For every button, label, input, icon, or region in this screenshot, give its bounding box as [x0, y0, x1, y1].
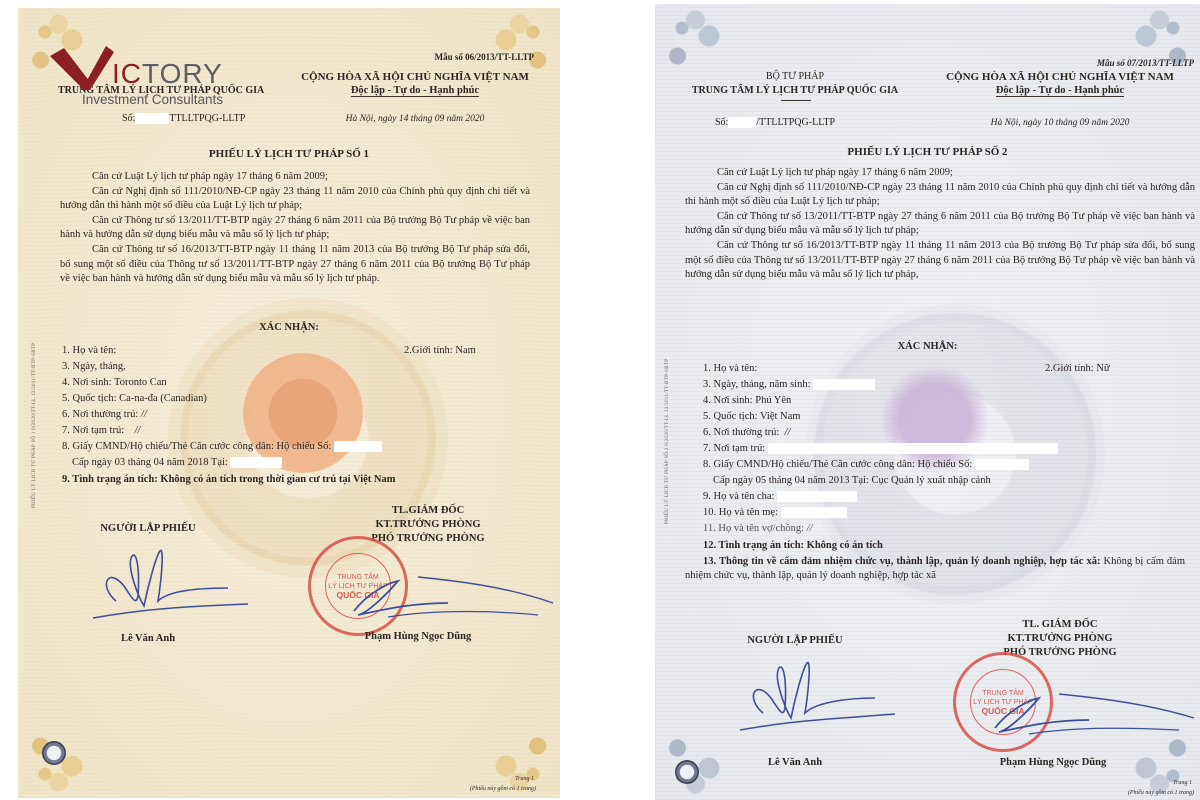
redacted-field [777, 491, 857, 502]
director-signature-icon [989, 690, 1199, 740]
field-birth-date: 3. Ngày, tháng, năm sinh: [703, 378, 875, 392]
motto: Độc lập - Tự do - Hạnh phúc [270, 84, 560, 98]
redacted-field [728, 117, 756, 128]
divider [781, 100, 811, 101]
ornament-corner [655, 720, 745, 800]
place-date: Hà Nội, ngày 14 tháng 09 năm 2020 [270, 112, 560, 126]
field-permanent-residence: 6. Nơi thường trú: // [703, 426, 790, 440]
ministry-name: BỘ TƯ PHÁP [675, 70, 915, 84]
signer-title-2: KT.TRƯỞNG PHÒNG [985, 632, 1135, 646]
field-id-issued: Cấp ngày 03 tháng 04 năm 2018 Tại: [72, 456, 282, 470]
redacted-field [975, 459, 1029, 470]
confirm-heading: XÁC NHẬN: [655, 340, 1200, 354]
page-count-note: (Phiếu này gồm có 1 trang) [1128, 786, 1194, 800]
form-code: Mẫu số 07/2013/TT-LLTP [1097, 56, 1194, 70]
preparer-title: NGƯỜI LẬP PHIẾU [88, 522, 208, 536]
field-criminal-status: 9. Tình trạng án tích: Không có án tích … [62, 473, 395, 487]
hologram-stamp-icon [675, 760, 699, 784]
field-spouse-name: 11. Họ và tên vợ/chồng: // [703, 522, 813, 536]
preparer-title: NGƯỜI LẬP PHIẾU [735, 634, 855, 648]
confirm-heading: XÁC NHẬN: [18, 321, 560, 335]
redacted-field [135, 113, 169, 124]
redacted-field [768, 443, 1058, 454]
field-criminal-status: 12. Tình trạng án tích: Không có án tích [703, 539, 883, 553]
emblem-star-icon [243, 353, 363, 473]
field-business-ban: 13. Thông tin về cấm đảm nhiệm chức vụ, … [685, 555, 1185, 583]
field-birth-date: 3. Ngày, tháng, [62, 360, 126, 374]
field-birthplace: 4. Nơi sinh: Toronto Can [62, 376, 167, 390]
signer-title-2: KT.TRƯỞNG PHÒNG [358, 518, 498, 532]
country-name: CỘNG HÒA XÃ HỘI CHỦ NGHĨA VIỆT NAM [270, 70, 560, 84]
logo-tagline: Investment Consultants [82, 92, 223, 107]
agency-name: TRUNG TÂM LÝ LỊCH TƯ PHÁP QUỐC GIA [675, 84, 915, 98]
field-id-issued: Cấp ngày 05 tháng 04 năm 2013 Tại: Cục Q… [713, 474, 991, 488]
field-permanent-residence: 6. Nơi thường trú: // [62, 408, 147, 422]
field-full-name: 1. Họ và tên: [703, 362, 757, 376]
preparer-name: Lê Văn Anh [88, 632, 208, 646]
director-signature-icon [348, 573, 558, 623]
hologram-stamp-icon [42, 741, 66, 765]
field-nationality: 5. Quốc tịch: Việt Nam [703, 410, 800, 424]
field-nationality: 5. Quốc tịch: Ca-na-đa (Canadian) [62, 392, 207, 406]
field-mother-name: 10. Họ và tên mẹ: [703, 506, 847, 520]
redacted-field [334, 441, 382, 452]
form-code: Mẫu số 06/2013/TT-LLTP [435, 50, 534, 64]
field-full-name: 1. Họ và tên: [62, 344, 116, 358]
preamble: Căn cứ Luật Lý lịch tư pháp ngày 17 thán… [60, 170, 530, 287]
criminal-record-certificate-1: Mẫu số 06/2013/TT-LLTP TRUNG TÂM LÝ LỊCH… [18, 8, 560, 798]
place-date: Hà Nội, ngày 10 tháng 09 năm 2020 [915, 116, 1200, 130]
preparer-name: Lê Văn Anh [735, 756, 855, 770]
country-name: CỘNG HÒA XÃ HỘI CHỦ NGHĨA VIỆT NAM [915, 70, 1200, 84]
document-title: PHIẾU LÝ LỊCH TƯ PHÁP SỐ 2 [655, 145, 1200, 159]
page-count-note: (Phiếu này gồm có 1 trang) [470, 782, 536, 796]
document-number: Số:/TTLLTPQG-LLTP [715, 116, 835, 130]
field-id-document: 8. Giấy CMND/Hộ chiếu/Thẻ Căn cước công … [62, 440, 382, 454]
redacted-field [230, 457, 282, 468]
field-temporary-residence: 7. Nơi tạm trú: // [62, 424, 140, 438]
signer-name: Phạm Hùng Ngọc Dũng [338, 630, 498, 644]
field-birthplace: 4. Nơi sinh: Phú Yên [703, 394, 791, 408]
redacted-field [781, 507, 847, 518]
signer-name: Phạm Hùng Ngọc Dũng [973, 756, 1133, 770]
motto: Độc lập - Tự do - Hạnh phúc [915, 84, 1200, 98]
document-number: Số:TTLLTPQG-LLTP [122, 112, 245, 126]
preparer-signature-icon [88, 546, 258, 626]
field-father-name: 9. Họ và tên cha: [703, 490, 857, 504]
criminal-record-certificate-2: Mẫu số 07/2013/TT-LLTP BỘ TƯ PHÁP TRUNG … [655, 4, 1200, 800]
preparer-signature-icon [735, 658, 905, 738]
victory-v-icon [50, 44, 120, 94]
side-form-text: PHIẾU LÝ LỊCH TƯ PHÁP SỐ 2 0/2020/TT-LL … [665, 359, 670, 524]
field-id-document: 8. Giấy CMND/Hộ chiếu/Thẻ Căn cước công … [703, 458, 1029, 472]
signer-title-1: TL.GIÁM ĐỐC [358, 504, 498, 518]
preamble: Căn cứ Luật Lý lịch tư pháp ngày 17 thán… [685, 166, 1195, 283]
redacted-field [813, 379, 875, 390]
signer-title-1: TL. GIÁM ĐỐC [985, 618, 1135, 632]
field-gender: 2.Giới tính: Nữ [1045, 362, 1110, 376]
field-gender: 2.Giới tính: Nam [404, 344, 476, 358]
victory-logo-watermark: ICTORY Investment Consultants [50, 44, 250, 110]
field-temporary-residence: 7. Nơi tạm trú: [703, 442, 1058, 456]
document-title: PHIẾU LÝ LỊCH TƯ PHÁP SỐ 1 [18, 147, 560, 161]
side-form-text: PHIẾU LÝ LỊCH TƯ PHÁP SỐ 1 0/2020/TT-LL … [32, 343, 37, 508]
logo-wordmark: ICTORY [112, 58, 223, 90]
